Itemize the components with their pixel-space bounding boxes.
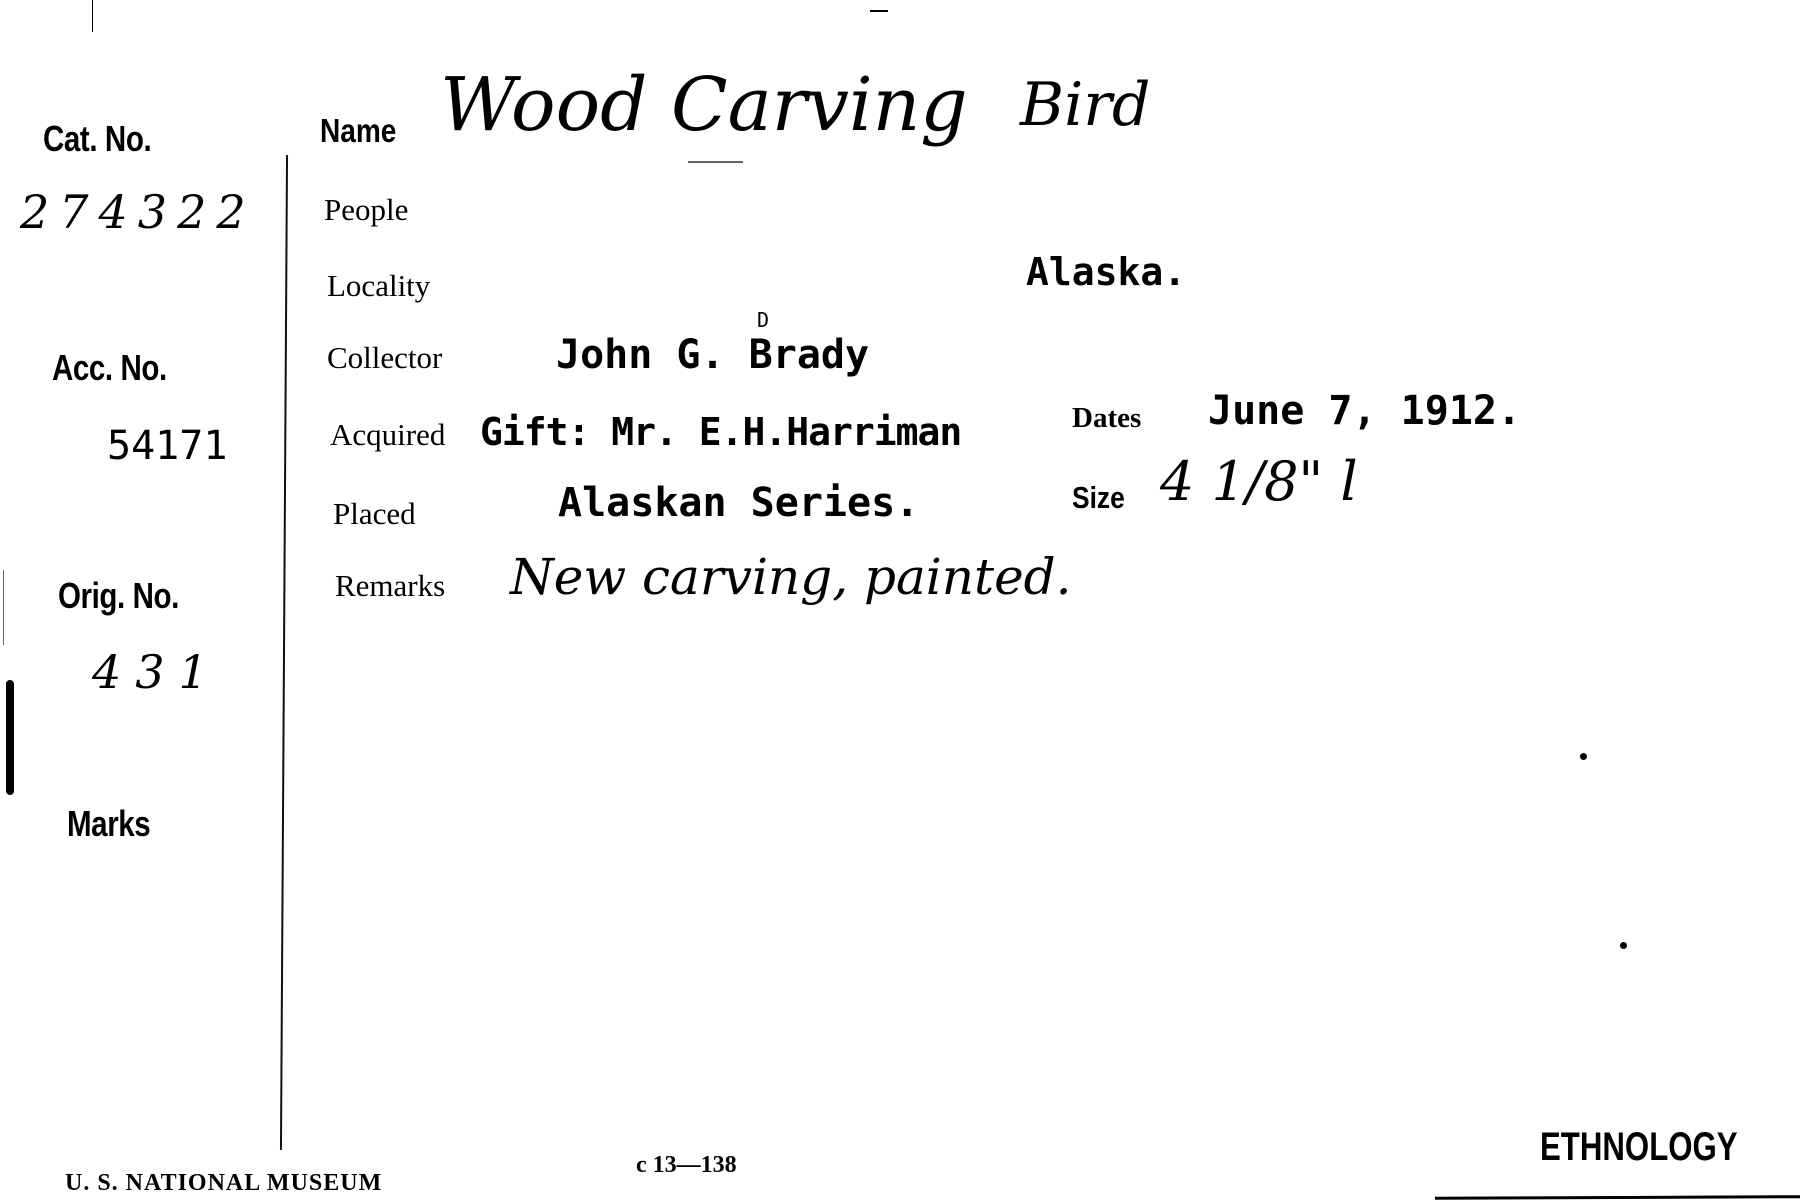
collector-label: Collector xyxy=(327,340,442,376)
dates-label: Dates xyxy=(1072,402,1141,435)
scan-dot xyxy=(1620,942,1627,949)
locality-value: Alaska. xyxy=(1026,250,1186,294)
name-value-2: Bird xyxy=(1020,70,1150,140)
acc-no-value: 54171 xyxy=(107,423,227,469)
remarks-value: New carving, painted. xyxy=(510,548,1072,606)
name-value: Wood Carving xyxy=(440,62,968,148)
name-underline-mark xyxy=(688,161,743,163)
marks-label: Marks xyxy=(67,803,150,845)
acquired-label: Acquired xyxy=(330,417,445,453)
placed-value: Alaskan Series. xyxy=(558,480,919,526)
collector-value: John G. Brady xyxy=(556,332,869,378)
institution-name: U. S. NATIONAL MUSEUM xyxy=(65,1170,382,1197)
scan-artifact-left-bar xyxy=(6,680,14,795)
form-code: c 13—138 xyxy=(636,1152,737,1179)
remarks-label: Remarks xyxy=(335,568,445,604)
scan-artifact-top-dash xyxy=(870,10,888,12)
dates-value: June 7, 1912. xyxy=(1208,388,1521,434)
placed-label: Placed xyxy=(333,496,416,532)
name-label: Name xyxy=(320,112,396,150)
locality-label: Locality xyxy=(327,268,430,304)
footer-rule xyxy=(1435,1195,1800,1200)
acquired-value: Gift: Mr. E.H.Harriman xyxy=(480,410,961,454)
size-label: Size xyxy=(1072,480,1125,516)
cat-no-value: 274322 xyxy=(20,185,256,239)
department-label: ETHNOLOGY xyxy=(1540,1125,1738,1170)
acc-no-label: Acc. No. xyxy=(52,347,167,389)
cat-no-label: Cat. No. xyxy=(43,118,151,160)
size-value: 4 1/8" l xyxy=(1160,450,1358,513)
collector-correction: D xyxy=(757,308,769,332)
scan-dot xyxy=(1580,753,1587,760)
scan-artifact-top-line xyxy=(92,0,93,32)
people-label: People xyxy=(324,192,408,228)
scan-artifact-left-dashes xyxy=(3,570,4,645)
column-divider xyxy=(280,155,288,1150)
orig-no-value: 431 xyxy=(92,645,222,699)
orig-no-label: Orig. No. xyxy=(58,575,179,617)
